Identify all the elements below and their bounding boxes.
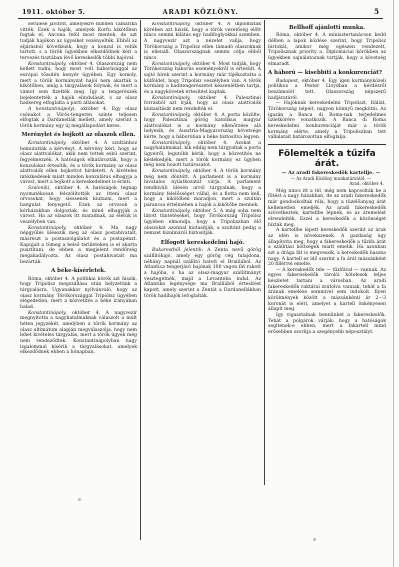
paragraph-lead: Konstantinápoly, (152, 209, 191, 214)
scan-speck (78, 498, 81, 501)
article-heading: Elfogott kereskedelmi hajó. (144, 240, 261, 246)
paragraph: Konstantinápoly, október 4. A diplomaták… (144, 22, 261, 62)
paragraph: Konstantinápoly, október 4. A porta közö… (144, 113, 261, 141)
paragraph-lead: Konstantinápoly, (152, 22, 191, 27)
article-body: Konstantinápoly, október 4. A szultánhoz… (20, 141, 137, 265)
newspaper-title: ARADI KÖZLÖNY. (18, 8, 383, 16)
paragraph: Konstantinápoly, október 5. A még soha n… (144, 209, 261, 237)
paragraph-lead: Konstantinápoly, (28, 62, 67, 67)
paragraph: Róma, október 4. A politikai körök azt h… (20, 277, 137, 311)
article-body: Róma, október 4. A politikai körök azt h… (20, 277, 137, 356)
article-body: sérülése javított, amelyekre minden Tama… (20, 22, 137, 129)
article-heading: A béke-kísérletek. (20, 268, 137, 274)
article-heading: Merénylet és bojkott az olaszok ellen. (20, 132, 137, 138)
masthead-rule (18, 18, 383, 19)
masthead: 1911. október 5. ARADI KÖZLÖNY. 5 (18, 6, 383, 18)
paragraph: Konstantinápoly, október 4. Olaszország … (20, 62, 137, 107)
column-3: Bellhoff ajánlotti munka. Róma, október … (268, 22, 386, 532)
article-body: Bukarestből jelentik: A Zenta nevű görög… (144, 248, 261, 299)
paragraph-lead: Bukarestből jelentik: (152, 248, 203, 253)
column-divider (140, 20, 141, 540)
paragraph-lead: Konstantinápoly, (152, 141, 191, 146)
paragraph: — Hajóknak kereskedelmi Tripoliszt, Itál… (268, 101, 386, 141)
article-body: Még nincs itt a tél, még nem kapcsolták … (268, 189, 386, 336)
paragraph-lead: Szaloniki, (28, 186, 51, 191)
paragraph-lead: Konstantinápoly, (28, 226, 67, 231)
dateline: Arad, október 4. (268, 181, 384, 187)
paragraph-lead: A konstantinápolyi, (28, 107, 76, 112)
scan-speck (313, 538, 316, 541)
paragraph: sérülése javított, amelyekre minden Tama… (20, 22, 137, 62)
paragraph-lead: Konstantinápoly, (28, 311, 67, 316)
paragraph: Konstantinápoly, október 4. Most tudják,… (144, 62, 261, 96)
newspaper-page: 1911. október 5. ARADI KÖZLÖNY. 5 sérülé… (0, 0, 399, 567)
article-body: Konstantinápoly, október 4. A diplomaták… (144, 22, 261, 237)
paragraph: Szaloniki, október 4. A hatóságok tegnap… (20, 186, 137, 226)
paragraph: Konstantinápoly, október 4. Ma nagy népg… (20, 226, 137, 266)
paragraph-lead: Budapest, (276, 79, 299, 84)
paragraph: Konstantinápoly, október 4. Azokat a nag… (144, 141, 261, 169)
paragraph-lead: Konstantinápoly, (152, 169, 191, 174)
paragraph: Róma, október 4. A minisztertanácson ked… (268, 33, 386, 67)
paragraph: Igy vigasztalnak bennünket a fakereskedő… (268, 313, 386, 336)
paragraph: — A kereskedők tele — tűzifával — vannak… (268, 268, 386, 313)
paragraph: A kartellbe lépett kereskedők szerint az… (268, 228, 386, 268)
paragraph: Még nincs itt a tél, még nem kapcsolták … (268, 189, 386, 229)
paragraph: A konstantinápolyi, október 4. Egy olasz… (20, 107, 137, 130)
paragraph-lead: Konstantinápoly, (28, 141, 67, 146)
paragraph: Konstantinápoly, október 4. A szultánhoz… (20, 141, 137, 186)
paragraph: Budapest, október 4. Egy igen kormányköz… (268, 79, 386, 102)
page-number: 5 (374, 7, 379, 16)
article-body: Budapest, október 4. Egy igen kormányköz… (268, 79, 386, 141)
article-body: Róma, október 4. A minisztertanácson ked… (268, 33, 386, 67)
paragraph-lead: Konstantinápoly, (152, 62, 191, 67)
paragraph-lead: Konstantinápoly, (152, 96, 191, 101)
paragraph: Konstantinápoly, október 4. Palesztinai … (144, 96, 261, 113)
section-rule (268, 144, 386, 145)
article-heading: Bellhoff ajánlotti munka. (268, 25, 386, 31)
column-divider (264, 20, 265, 485)
page-edge (393, 0, 394, 567)
column-2: Konstantinápoly, október 4. A diplomaták… (144, 22, 261, 477)
feature-headline: Fölemelték a tűzifa árát. (268, 149, 386, 169)
paragraph: Konstantinápoly, október 4. A török korm… (144, 169, 261, 209)
paragraph: Bukarestből jelentik: A Zenta nevű görög… (144, 248, 261, 299)
paragraph: Konstantinápoly, október 4. A nagyvezír … (20, 311, 137, 356)
column-1: sérülése javított, amelyekre minden Tama… (20, 22, 137, 540)
article-heading: A háború — kisebbíti a konkurenciát? (268, 70, 386, 76)
paragraph-lead: Konstantinápoly, (152, 113, 191, 118)
